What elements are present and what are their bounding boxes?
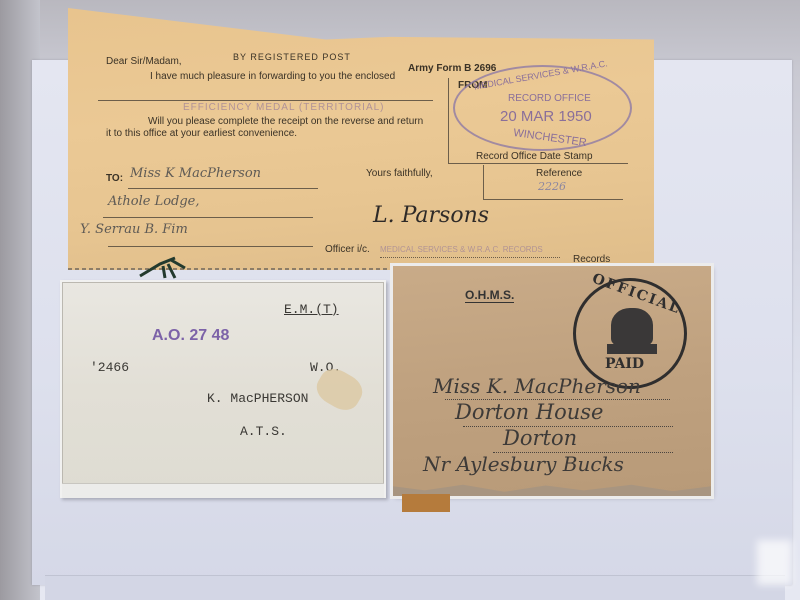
box-code: E.M.(T) [284,302,339,317]
signature: L. Parsons [373,203,489,228]
box-lid-edge [62,483,384,498]
address-line-2: Athole Lodge, [108,194,200,209]
officer-rule [380,257,560,258]
stamp-caption: Record Office Date Stamp [476,151,593,162]
stamp-box-rule [448,163,628,164]
address-line-1: Miss K MacPherson [130,166,261,181]
enclosure-stamp: EFFICIENCY MEDAL (TERRITORIAL) [183,102,385,113]
officer-label: Officer i/c. [325,244,370,255]
army-form-b2696: BY REGISTERED POST Dear Sir/Madam, I hav… [68,8,654,270]
ribbon-string [135,250,195,280]
records-label: Records [573,254,610,265]
crown-base [607,344,657,354]
address-line-2: Dorton House [455,400,604,424]
stamp-record-office: RECORD OFFICE [508,93,591,104]
stamp-date: 20 MAR 1950 [500,108,592,125]
address-line-4: Nr Aylesbury Bucks [423,452,624,476]
officer-stamp: MEDICAL SERVICES & W.R.A.C. RECORDS [380,245,543,254]
to-label: TO: [106,173,123,184]
medal-box-left: E.M.(T) A.O. 27 48 '2466 W.O. K. MacPHER… [60,280,386,498]
light-glare [757,540,792,585]
sheet-fold [45,575,785,600]
salutation: Dear Sir/Madam, [106,56,182,67]
form-title: BY REGISTERED POST [233,52,351,62]
ohms-header: O.H.M.S. [465,288,514,303]
body-line-1: I have much pleasure in forwarding to yo… [150,71,395,82]
stamp-paid: PAID [605,356,644,372]
closing: Yours faithfully, [366,168,433,179]
address-line-1: Miss K. MacPherson [433,374,641,398]
address-rule [103,217,313,218]
box-flap [402,494,450,512]
body-line-2: Will you please complete the receipt on … [148,116,423,127]
body-line-3: it to this office at your earliest conve… [106,128,297,139]
enclosure-line [98,100,433,101]
address-rule [128,188,318,189]
medal-box-right: O.H.M.S. OFFICIAL PAID Miss K. MacPherso… [393,266,711,496]
reference-value: 2226 [538,180,566,193]
form-number: Army Form B 2696 [408,63,496,74]
crown-icon [611,308,653,346]
address-line-3: Dorton [503,426,577,450]
ao-number: A.O. 27 48 [152,327,229,345]
reference-label: Reference [536,168,582,179]
from-box-rule [448,78,449,163]
address-rule [108,246,313,247]
serial-number: '2466 [90,360,129,375]
reference-box-rule [483,165,484,199]
recipient-name: K. MacPHERSON [207,391,308,406]
unit: A.T.S. [240,424,287,439]
reference-rule [483,199,623,200]
address-line-3: Y. Serrau B. Fim [80,222,188,237]
